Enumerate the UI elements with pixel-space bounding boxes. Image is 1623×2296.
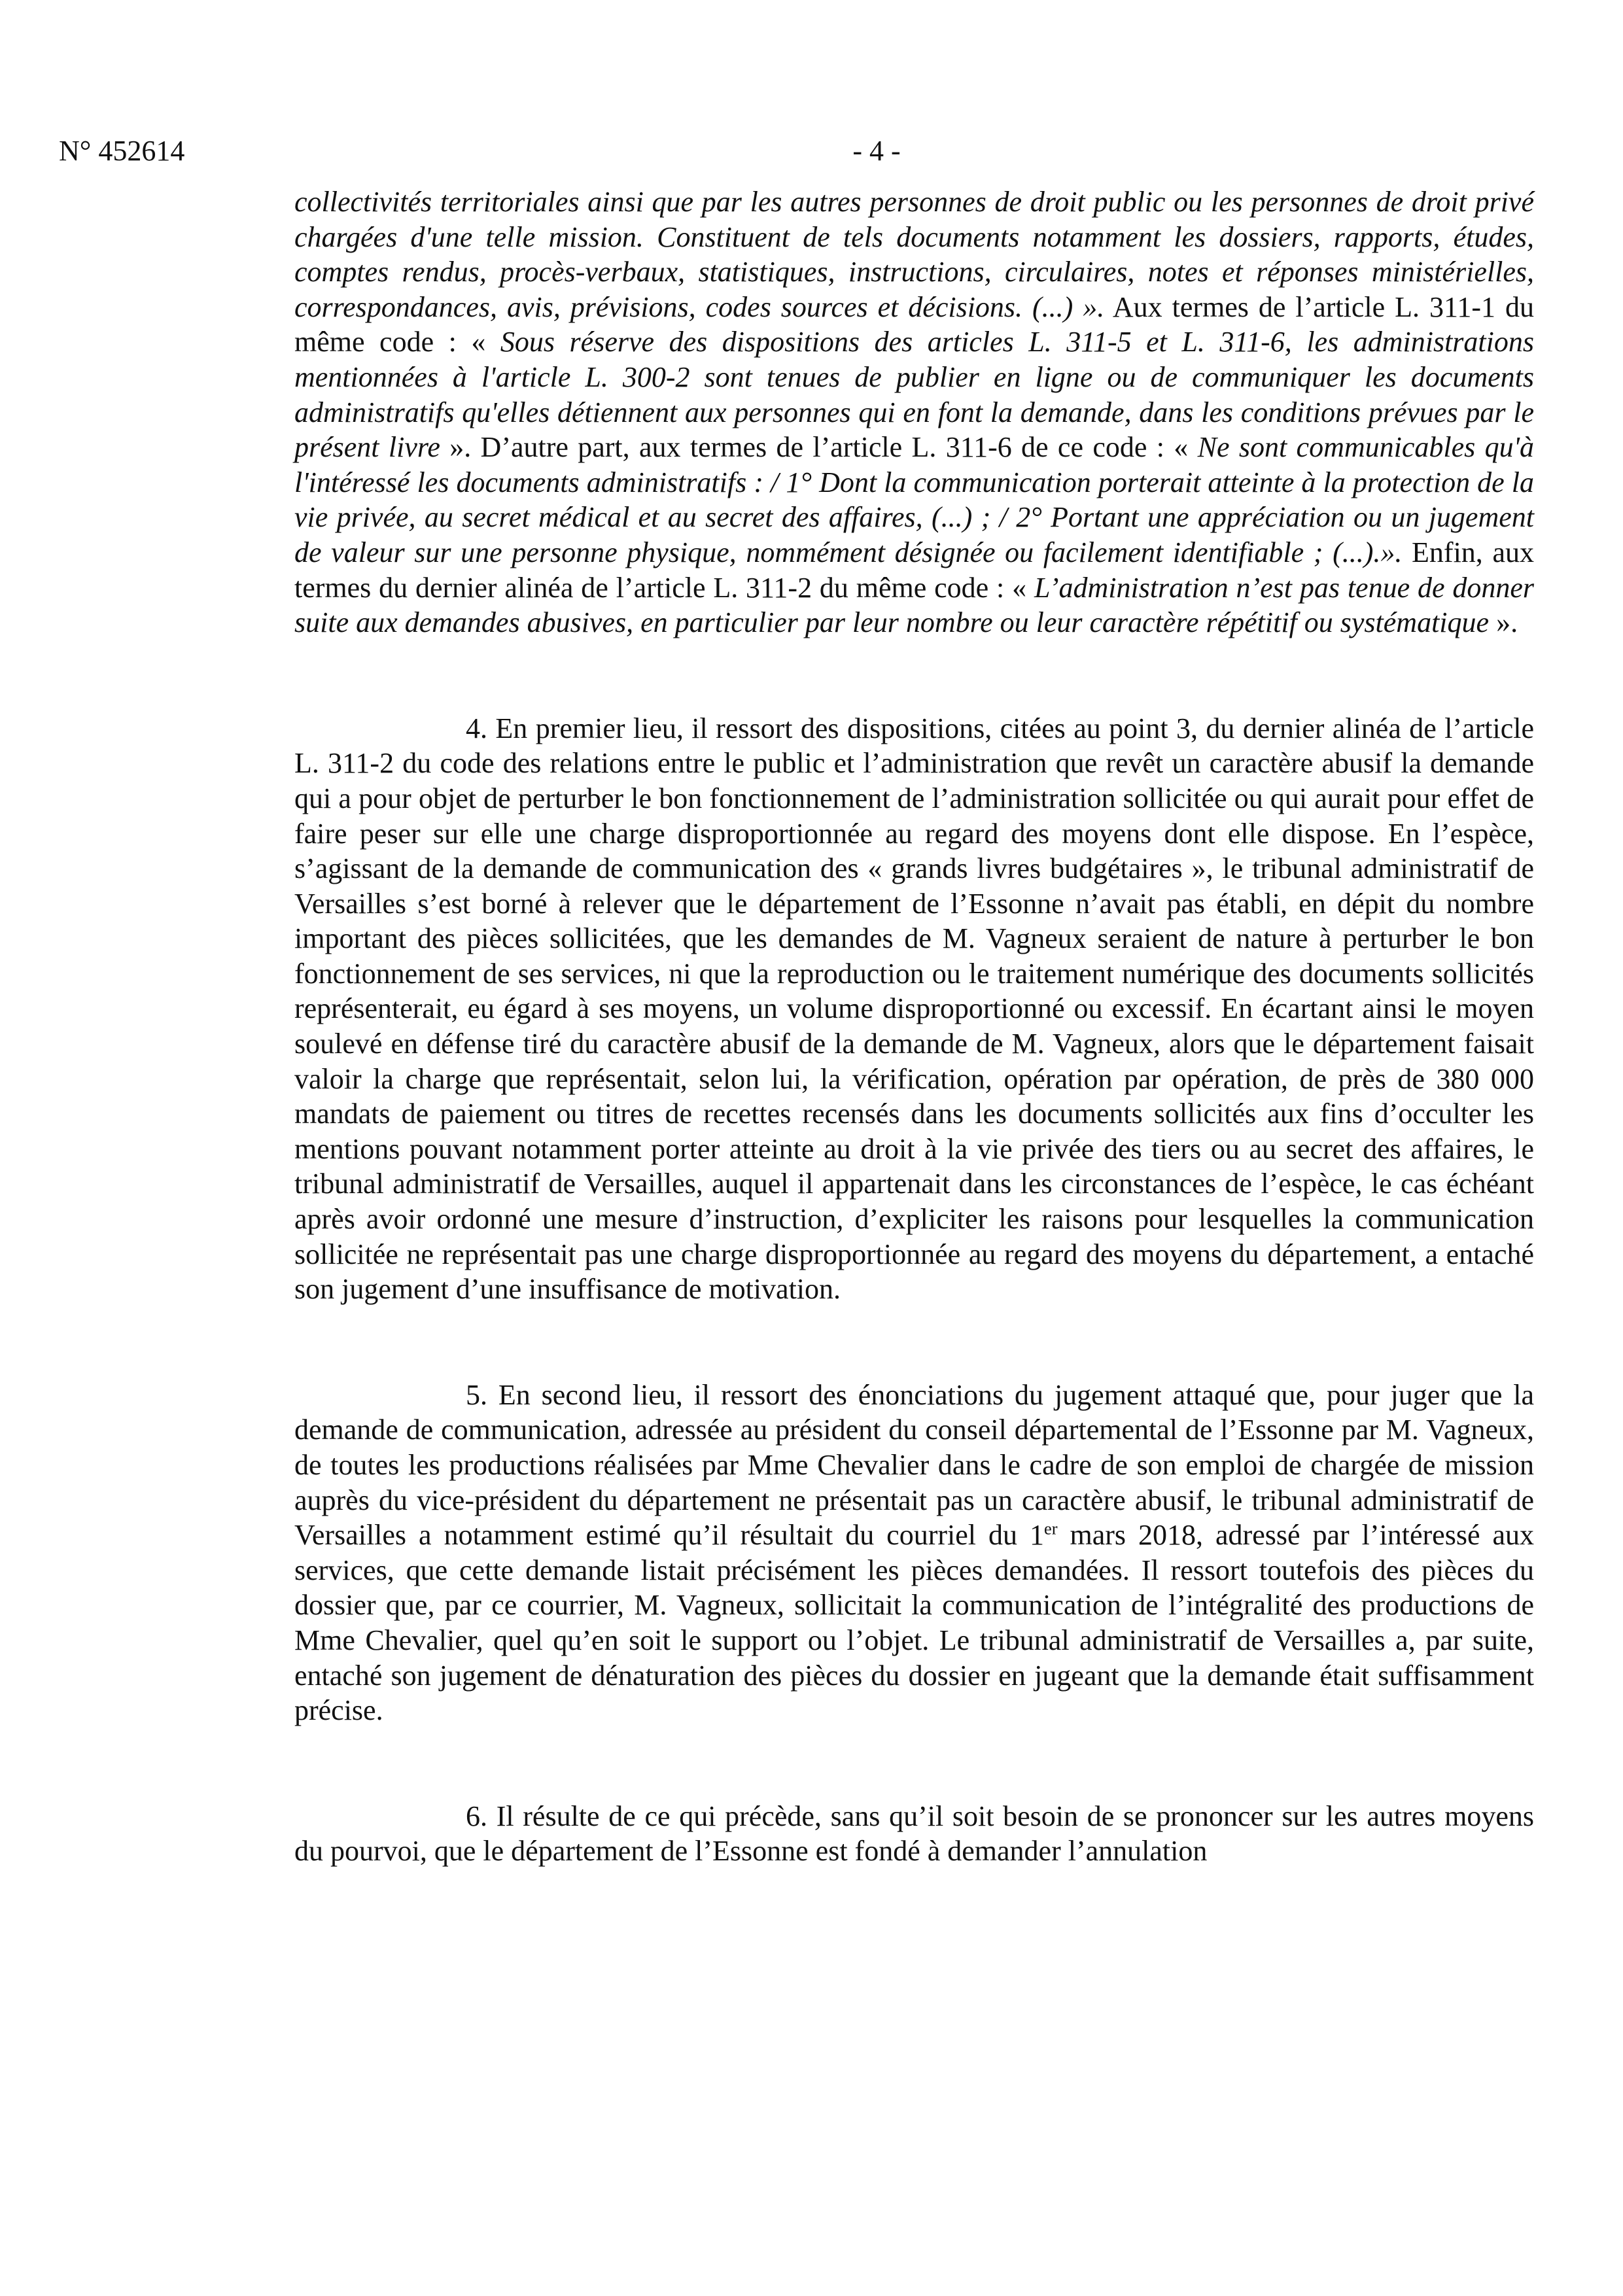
ordinal-superscript: er [1044, 1519, 1058, 1539]
page-number: - 4 - [844, 134, 909, 167]
paragraph-4: 4. En premier lieu, il ressort des dispo… [294, 711, 1534, 1307]
paragraph-spacer [294, 1307, 1534, 1378]
text-segment: ». D’autre part, aux termes de l’article… [440, 431, 1198, 463]
paragraph-3-continuation: collectivités territoriales ainsi que pa… [294, 184, 1534, 640]
paragraph-6: 6. Il résulte de ce qui précède, sans qu… [294, 1799, 1534, 1869]
document-body: collectivités territoriales ainsi que pa… [294, 184, 1534, 1869]
paragraph-spacer [294, 640, 1534, 711]
paragraph-spacer [294, 1728, 1534, 1799]
case-number: N° 452614 [59, 134, 184, 167]
text-segment: ». [1489, 606, 1518, 638]
paragraph-5: 5. En second lieu, il ressort des énonci… [294, 1378, 1534, 1728]
